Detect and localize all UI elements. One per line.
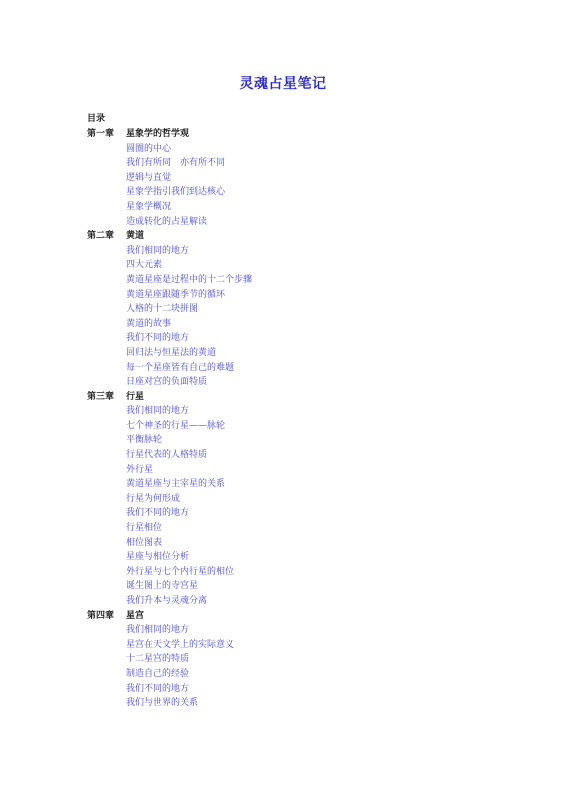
toc-link[interactable]: 平衡脉轮 xyxy=(87,433,252,448)
chapter-number: 第二章 xyxy=(87,229,126,244)
toc-link[interactable]: 圆圈的中心 xyxy=(87,142,252,157)
toc-link[interactable]: 行星相位 xyxy=(87,521,252,536)
toc-link[interactable]: 制造自己的经验 xyxy=(87,667,252,682)
toc-link[interactable]: 十二星宫的特质 xyxy=(87,652,252,667)
toc-link[interactable]: 黄道的故事 xyxy=(87,317,252,332)
toc-link[interactable]: 七个神圣的行星——脉轮 xyxy=(87,419,252,434)
toc-link[interactable]: 黄道星座是过程中的十二个步骤 xyxy=(87,273,252,288)
toc-link[interactable]: 人格的十二块拼图 xyxy=(87,302,252,317)
toc-link[interactable]: 星座与相位分析 xyxy=(87,550,252,565)
toc-link[interactable]: 我们不同的地方 xyxy=(87,682,252,697)
chapter-number: 第一章 xyxy=(87,127,126,142)
chapter-heading: 第四章星宫 xyxy=(87,609,252,624)
toc-link[interactable]: 行星为何形成 xyxy=(87,492,252,507)
chapter-list: 第一章星象学的哲学观圆圈的中心我们有所同 亦有所不同逻辑与直觉星象学指引我们到达… xyxy=(87,127,252,711)
toc-link[interactable]: 我们相同的地方 xyxy=(87,404,252,419)
chapter-heading: 第三章行星 xyxy=(87,390,252,405)
toc-link[interactable]: 我们有所同 亦有所不同 xyxy=(87,156,252,171)
toc-link[interactable]: 我们与世界的关系 xyxy=(87,696,252,711)
toc-link[interactable]: 黄道星座与主宰星的关系 xyxy=(87,477,252,492)
chapter-number: 第三章 xyxy=(87,390,126,405)
toc-link[interactable]: 我们不同的地方 xyxy=(87,506,252,521)
chapter-heading: 第二章黄道 xyxy=(87,229,252,244)
toc-link[interactable]: 我们不同的地方 xyxy=(87,331,252,346)
chapter-name: 黄道 xyxy=(126,231,144,241)
toc-link[interactable]: 星象学概况 xyxy=(87,200,252,215)
table-of-contents: 目录 第一章星象学的哲学观圆圈的中心我们有所同 亦有所不同逻辑与直觉星象学指引我… xyxy=(87,112,252,711)
toc-label: 目录 xyxy=(87,112,252,127)
chapter-name: 星宫 xyxy=(126,611,144,621)
toc-link[interactable]: 四大元素 xyxy=(87,258,252,273)
chapter-heading: 第一章星象学的哲学观 xyxy=(87,127,252,142)
toc-link[interactable]: 星宫在天文学上的实际意义 xyxy=(87,638,252,653)
toc-link[interactable]: 星象学指引我们到达核心 xyxy=(87,185,252,200)
chapter-name: 行星 xyxy=(126,392,144,402)
toc-link[interactable]: 每一个星座皆有自己的难题 xyxy=(87,361,252,376)
toc-link[interactable]: 逻辑与直觉 xyxy=(87,171,252,186)
toc-link[interactable]: 回归法与恒星法的黄道 xyxy=(87,346,252,361)
document-title: 灵魂占星笔记 xyxy=(0,73,566,93)
toc-link[interactable]: 我们相同的地方 xyxy=(87,623,252,638)
toc-link[interactable]: 造成转化的占星解读 xyxy=(87,215,252,230)
toc-link[interactable]: 日座对宫的负面特质 xyxy=(87,375,252,390)
chapter-number: 第四章 xyxy=(87,609,126,624)
chapter-name: 星象学的哲学观 xyxy=(126,129,189,139)
toc-link[interactable]: 相位图表 xyxy=(87,536,252,551)
toc-link[interactable]: 我们相同的地方 xyxy=(87,244,252,259)
toc-link[interactable]: 诞生图上的寺宫星 xyxy=(87,579,252,594)
toc-link[interactable]: 行星代表的人格特质 xyxy=(87,448,252,463)
toc-link[interactable]: 我们升本与灵魂分离 xyxy=(87,594,252,609)
toc-link[interactable]: 外行星 xyxy=(87,463,252,478)
toc-link[interactable]: 外行星与七个内行星的相位 xyxy=(87,565,252,580)
toc-link[interactable]: 黄道星座跟随季节的循环 xyxy=(87,288,252,303)
